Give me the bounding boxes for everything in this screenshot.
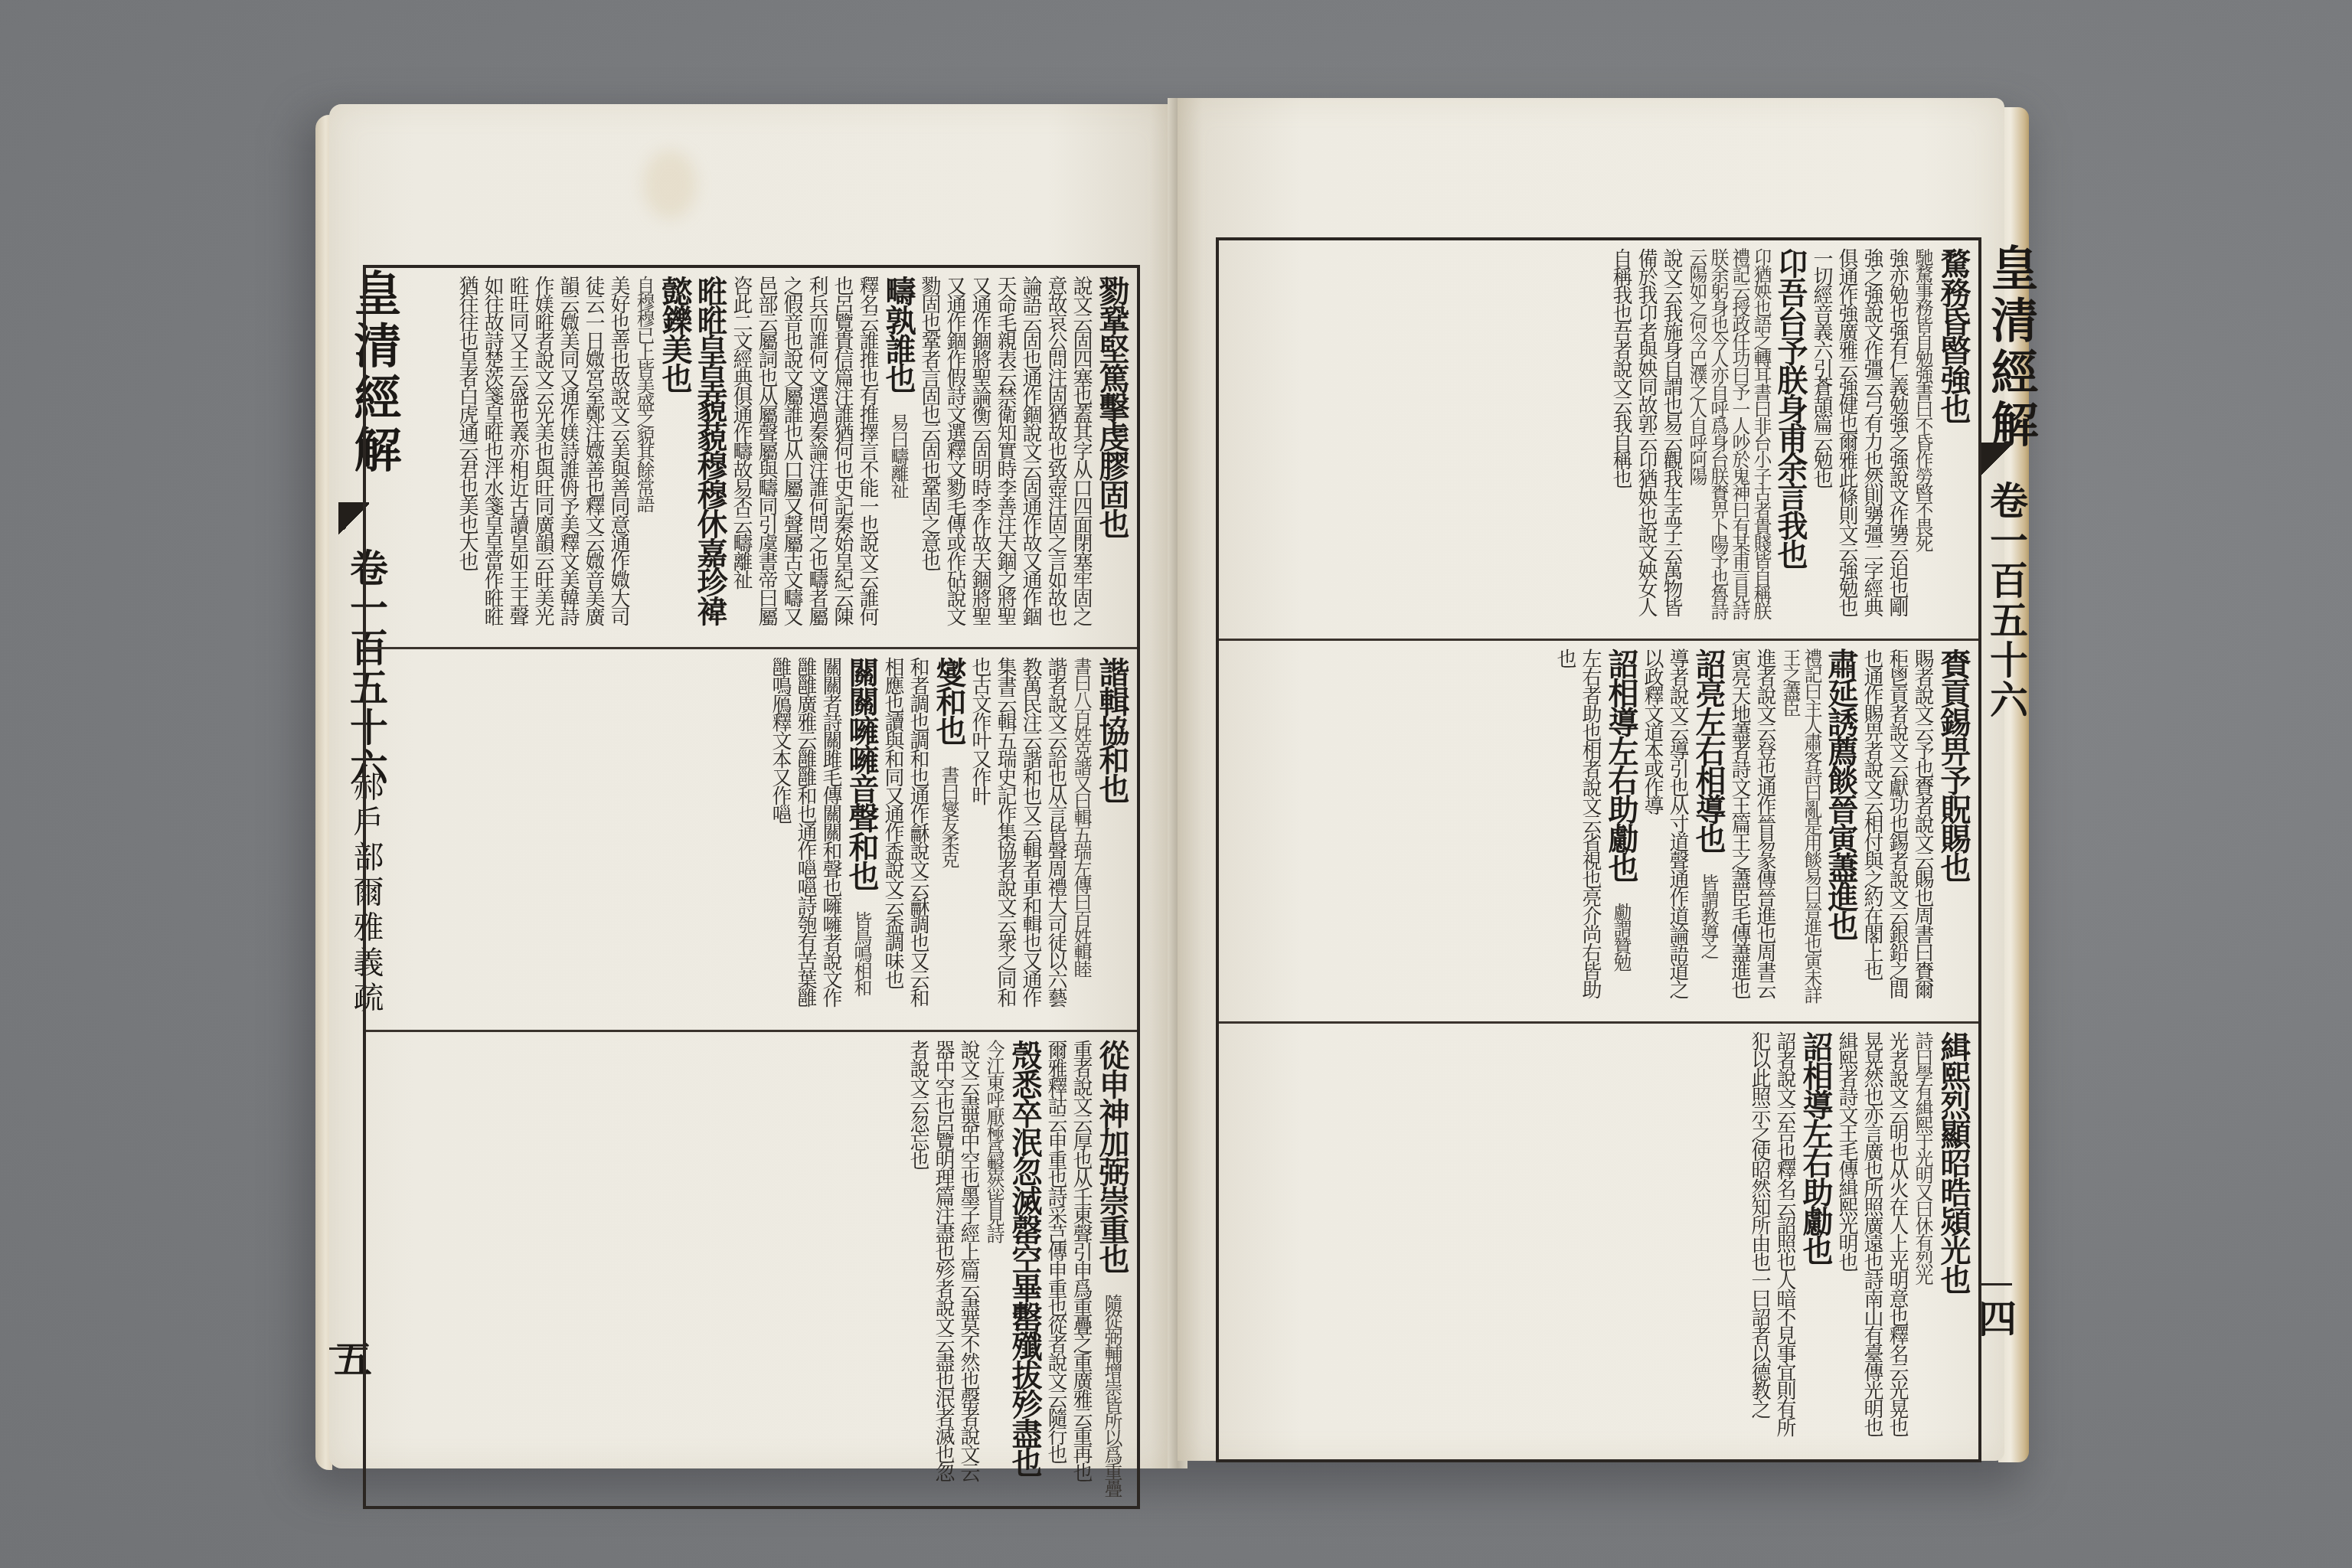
right-text-frame: 騖務昏暋強也 馳騖事務皆自勉強書曰不昏作勞暋不畏死 強亦勉也強有仁義勉強之強說文…: [1216, 237, 1981, 1462]
right-register-top: 騖務昏暋強也 馳騖事務皆自勉強書曰不昏作勞暋不畏死 強亦勉也強有仁義勉強之強說文…: [1219, 240, 1978, 639]
annotation: 書曰八百姓克諧又曰輯五瑞左傳曰百姓輯睦: [1070, 657, 1092, 977]
headword: 騖務昏暋強也: [1935, 248, 1971, 423]
headword: 疇孰誰也: [880, 276, 916, 392]
commentary: 詔者說文云告也釋名云詔照也人暗不見事宜則有所犯以此照示之使昭然知所由也一曰詔者以…: [1746, 1031, 1797, 1452]
headword: 詔亮左右相導也: [1690, 648, 1726, 852]
headword: 勠鞏堅篤擊虔膠固也: [1094, 276, 1129, 537]
commentary: 重者說文云厚也从壬東聲引申爲重疊之重廣雅云重再也爾雅釋詁云申重也詩采芑傳申重也從…: [1043, 1040, 1093, 1498]
headword: 從申神加弼崇重也: [1094, 1040, 1129, 1272]
left-register-bottom: 從申神加弼崇重也 隨從弼輔增崇皆所以爲重疊 重者說文云厚也从壬東聲引申爲重疊之重…: [366, 1030, 1137, 1506]
commentary: 說文云固四塞也蓋其字从口四面閉塞牢固之意故哀公問注固猶故也致壺注固之言如故也論語…: [916, 276, 1093, 639]
commentary: 說文云盡器中空也墨子經上篇云盡莫不然也罄者說文云器中空也呂覽明理篇注盡也殄者說文…: [905, 1040, 981, 1498]
left-register-top: 勠鞏堅篤擊虔膠固也 說文云固四塞也蓋其字从口四面閉塞牢固之意故哀公問注固猶故也致…: [366, 268, 1137, 647]
page-number-rule: [1981, 1283, 2012, 1285]
commentary: 說文云我施身自謂也易云觀我生孟子云萬物皆備於我卬者與姎同故郭云卬猶姎也說文姎女人…: [1608, 248, 1684, 631]
commentary: 賜者說文云予也賚者說文云賜也周書曰賚爾秬鬯貢者說文云獻功也錫者說文云銀鉛之間也通…: [1859, 648, 1935, 1014]
left-register-middle: 諧輯協和也 書曰八百姓克諧又曰輯五瑞左傳曰百姓輯睦 諧者說文云詥也从言皆聲周禮大…: [366, 647, 1137, 1030]
right-page-number: 四: [1978, 1289, 2017, 1344]
commentary: 左右者助也相者說文云省視也亮介尚右皆助也: [1552, 648, 1602, 1014]
commentary: 和者調也調和也通作龢說文云龢調也又云和相應也讀與和同又通作盉說文云盉調味也: [880, 657, 930, 1022]
headword: 賚貢錫畀予貺賜也: [1935, 648, 1971, 881]
commentary: 光者說文云明也从火在人上光明意也釋名云光晃也晃晃然也亦言廣也所照廣遠也詩南山有臺…: [1834, 1031, 1909, 1452]
annotation: 今江東呼厭極爲罊然皆見詩: [983, 1040, 1004, 1242]
headword: 燮和也: [931, 657, 966, 744]
commentary: 釋名云誰推也有推擇言不能一也說文云誰何也呂覽貴信篇注誰猶何也史記秦始皇紀云陳利兵…: [728, 276, 880, 639]
commentary: 美好也善也故說文云美與善同意通作媺大司徒云一日媺宮室鄭注媺善也釋文云媺音美廣韻云…: [454, 276, 631, 639]
right-register-bottom: 緝熙烈顯昭晧熲光也 詩曰學有緝熙于光明又曰休有烈光 光者說文云明也从火在人上光明…: [1219, 1021, 1978, 1459]
headword: 詔相導左右助勴也: [1798, 1031, 1833, 1264]
annotation: 易曰疇離祉: [887, 413, 909, 498]
annotation: 隨從弼輔增崇皆所以爲重疊: [1101, 1294, 1122, 1496]
annotation: 詩曰學有緝熙于光明又曰休有烈光: [1912, 1031, 1933, 1284]
annotation: 馳騖事務皆自勉強書曰不昏作勞暋不畏死: [1912, 248, 1933, 551]
left-page: 皇清經解 卷一百五十六 郝戶部爾雅義疏 五 勠鞏堅篤擊虔膠固也 說文云固四塞也蓋…: [329, 104, 1175, 1468]
right-margin-series-title: 皇清經解: [1977, 243, 2045, 452]
headword: 詔相導左右助勴也: [1603, 648, 1638, 881]
commentary: 導者說文云導引也从寸道聲通作道論語道之以政釋文道本或作導: [1639, 648, 1690, 1014]
right-page: 騖務昏暋強也 馳騖事務皆自勉強書曰不昏作勞暋不畏死 強亦勉也強有仁義勉強之強說文…: [1178, 98, 2004, 1461]
annotation: 書曰燮友柔克: [938, 766, 959, 867]
annotation: 自穆穆已上皆美盛之貌其餘常語: [633, 276, 655, 511]
headword: 緝熙烈顯昭晧熲光也: [1935, 1031, 1971, 1293]
left-text-frame: 勠鞏堅篤擊虔膠固也 說文云固四塞也蓋其字从口四面閉塞牢固之意故哀公問注固猶故也致…: [363, 265, 1140, 1509]
annotation: 皆鳥鳴相和: [851, 911, 872, 995]
headword: 殼悉卒泯忽滅罄空畢罊殲拔殄盡也: [1007, 1040, 1042, 1476]
annotation: 勴謂贊勉: [1610, 903, 1632, 970]
headword: 關關噰噰音聲和也: [844, 657, 879, 890]
right-margin-volume-label: 卷一百五十六: [1978, 481, 2033, 720]
headword: 卬吾台予朕身甫余言我也: [1772, 248, 1808, 568]
commentary: 強亦勉也強有仁義勉強之強說文作勥云迫也剛強之強說文作彊云弓有力也然則勥彊二字經典…: [1808, 248, 1909, 631]
right-fishtail-mark: [1981, 443, 2012, 478]
commentary: 關關者詩關雎毛傳關關和聲也噰噰者說文作雝雝廣雅云雝雝和也通作嗈嗈詩匏有苦葉雝雝鳴…: [767, 657, 843, 1022]
right-register-middle: 賚貢錫畀予貺賜也 賜者說文云予也賚者說文云賜也周書曰賚爾秬鬯貢者說文云獻功也錫者…: [1219, 639, 1978, 1021]
paper-stain: [643, 150, 697, 219]
annotation: 禮記曰主人肅客詩曰亂是用餤易曰晉進也寅未詳王之藎臣: [1779, 648, 1822, 1014]
commentary: 諧者說文云詥也从言皆聲周禮大司徒以六藝教萬民注云諧和也又云輯者車和輯也又通作集書…: [967, 657, 1068, 1022]
annotation: 皆謂教導之: [1697, 874, 1719, 958]
commentary: 進者說文云登也通作晉易彖傳晉進也周書云寅亮天地藎者詩文王篇王之藎臣毛傳藎進也: [1726, 648, 1777, 1014]
annotation: 卬猶姎也語之轉耳書曰非台小子古者貴賤皆自稱朕禮記云授政任功曰予一人吵於鬼神曰有某…: [1686, 248, 1772, 631]
headword: 諧輯協和也: [1094, 657, 1129, 802]
headword: 暀暀皇皇藐藐穆穆休嘉珍褘懿鑠美也: [657, 276, 727, 639]
headword: 肅延誘薦餤晉寅藎進也: [1823, 648, 1858, 939]
